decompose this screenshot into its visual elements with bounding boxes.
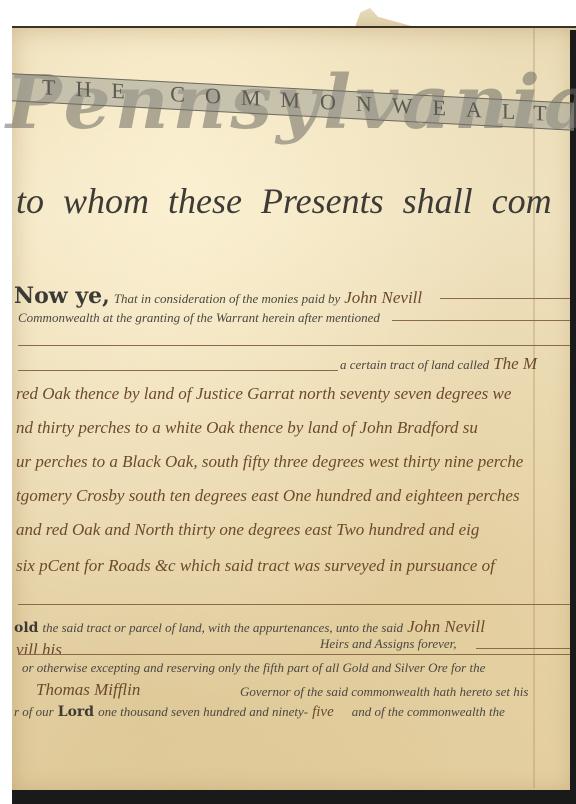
survey-line-3: ur perches to a Black Oak, south fifty t…: [16, 452, 523, 472]
tract-name: The M: [493, 354, 537, 373]
know-ye-line: Now ye, That in consideration of the mon…: [14, 283, 422, 309]
consideration-text: That in consideration of the monies paid…: [114, 291, 340, 306]
heirs-hand: vill his: [16, 640, 62, 660]
heirs-text: Heirs and Assigns forever,: [320, 636, 457, 652]
grantee-name: John Nevill: [344, 288, 422, 307]
hold-label: old: [14, 620, 38, 636]
governor-text: Governor of the said commonwealth hath h…: [240, 684, 528, 700]
scan-bottom-edge: [12, 790, 576, 804]
document-headline: to whom these Presents shall com: [16, 180, 552, 222]
survey-line-6: six pCent for Roads &c which said tract …: [16, 556, 495, 576]
excepting-text: or otherwise excepting and reserving onl…: [22, 660, 485, 676]
tract-line: a certain tract of land called The M: [340, 354, 537, 374]
habendum-text: the said tract or parcel of land, with t…: [42, 620, 403, 635]
rule: [18, 654, 570, 655]
year-hand: five: [312, 704, 334, 720]
survey-line-5: and red Oak and North thirty one degrees…: [16, 520, 479, 540]
engraved-banner: Pennsylvania THE COMMONWEALT: [12, 80, 574, 140]
survey-line-4: tgomery Crosby south ten degrees east On…: [16, 486, 520, 506]
governor-signature: Thomas Mifflin: [36, 680, 140, 700]
date-text-a: r of our: [14, 704, 54, 719]
date-text-c: and of the commonwealth the: [352, 704, 505, 719]
rule: [476, 648, 570, 649]
lord-label: Lord: [58, 704, 94, 720]
commonwealth-line: Commonwealth at the granting of the Warr…: [18, 310, 380, 326]
survey-line-1: red Oak thence by land of Justice Garrat…: [16, 384, 511, 404]
rule: [18, 604, 570, 605]
date-line: r of our Lord one thousand seven hundred…: [14, 703, 505, 721]
rule: [440, 298, 570, 299]
know-ye-label: Now ye,: [14, 283, 110, 309]
habendum-line: old the said tract or parcel of land, wi…: [14, 617, 485, 637]
date-text-b: one thousand seven hundred and ninety-: [98, 704, 308, 719]
habendum-grantee: John Nevill: [407, 617, 485, 636]
rule: [18, 370, 338, 371]
survey-line-2: nd thirty perches to a white Oak thence …: [16, 418, 478, 438]
rule: [18, 345, 570, 346]
rule: [392, 320, 570, 321]
tract-text: a certain tract of land called: [340, 357, 489, 372]
